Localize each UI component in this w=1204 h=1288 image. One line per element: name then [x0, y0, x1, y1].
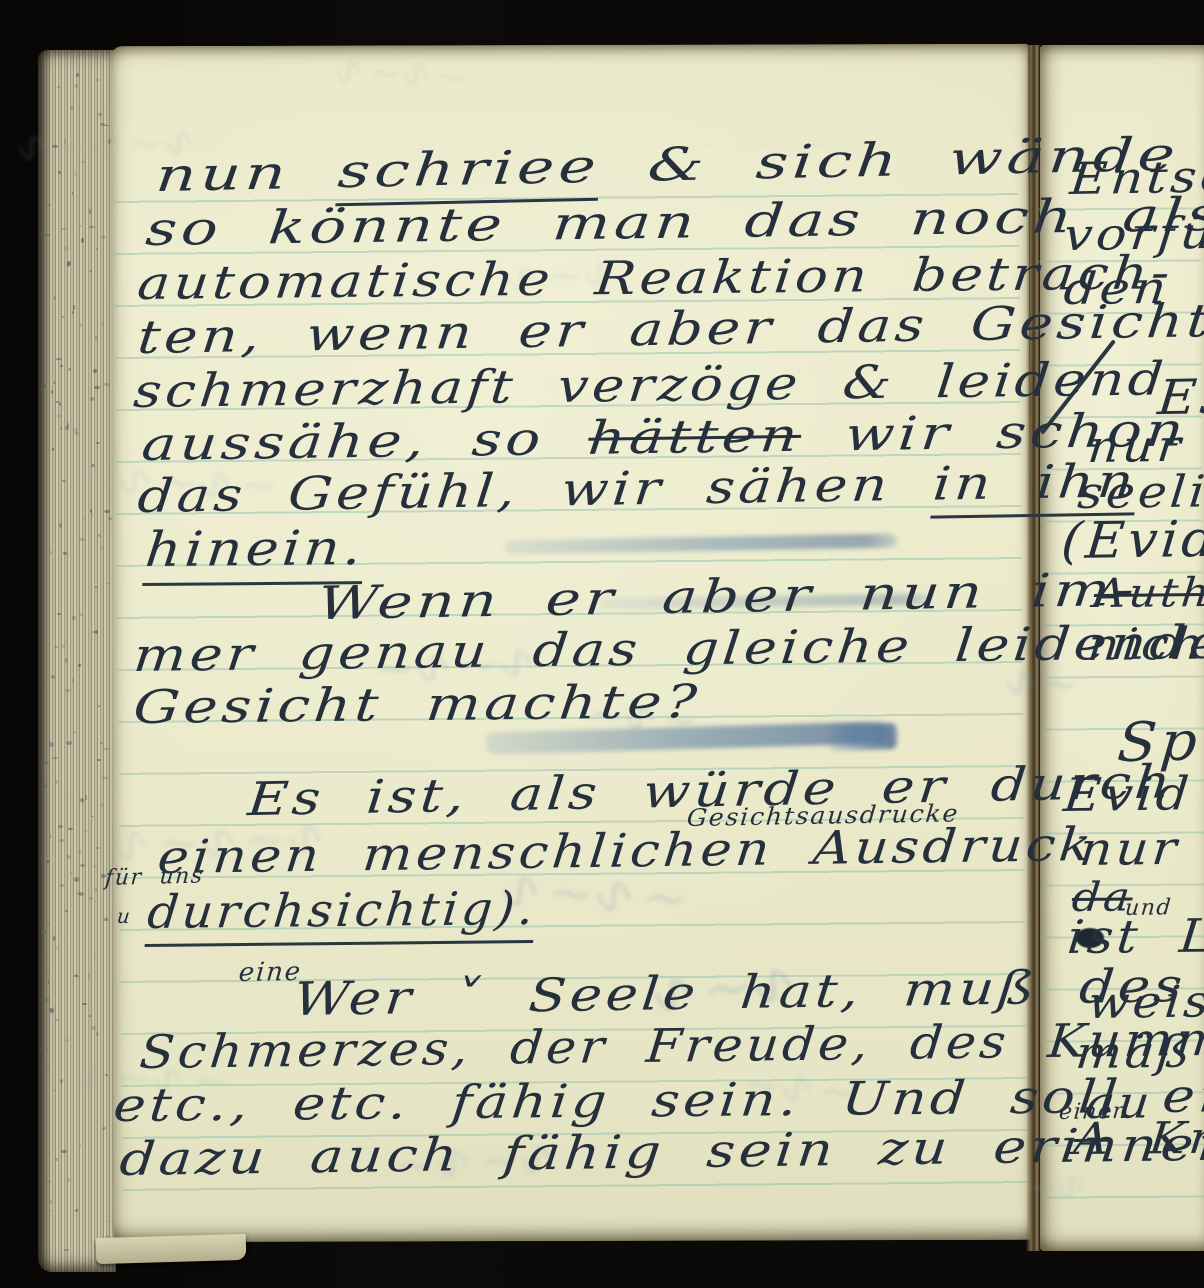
- edge-ink-speck: [47, 974, 49, 976]
- edge-ink-speck: [60, 1079, 63, 1083]
- edge-ink-speck: [57, 414, 61, 418]
- edge-ink-speck: [74, 877, 79, 881]
- edge-ink-speck: [61, 316, 65, 318]
- notebook-scan: ∿∽∿∽∿∽∿∽∿∿∽∿∽∿∽∿∽∿∽∿∽∽∿∽∿∽∿∽∿∽∿∽∿∿∽∿∽∿∽∿…: [0, 0, 1204, 1288]
- edge-ink-speck: [105, 1074, 108, 1076]
- edge-ink-speck: [91, 464, 95, 467]
- edge-ink-speck: [89, 270, 93, 273]
- edge-ink-speck: [44, 785, 47, 788]
- edge-ink-speck: [96, 1032, 98, 1036]
- edge-ink-speck: [66, 794, 68, 796]
- edge-ink-speck: [81, 161, 85, 163]
- edge-ink-speck: [47, 1180, 51, 1183]
- edge-ink-speck: [80, 864, 85, 867]
- edge-ink-speck: [61, 1150, 67, 1153]
- edge-ink-speck: [75, 84, 79, 88]
- edge-ink-speck: [65, 1039, 69, 1042]
- edge-ink-speck: [69, 368, 71, 371]
- edge-ink-speck: [94, 386, 100, 389]
- edge-ink-speck: [97, 759, 101, 761]
- edge-ink-speck: [53, 936, 55, 941]
- edge-ink-speck: [79, 225, 82, 227]
- edge-ink-speck: [102, 777, 107, 780]
- edge-ink-speck: [61, 228, 66, 230]
- edge-ink-speck: [64, 1249, 69, 1251]
- bottom-page-corner: [96, 1234, 247, 1264]
- edge-ink-speck: [89, 226, 95, 228]
- edge-ink-speck: [81, 799, 84, 803]
- page-edge-stack: [38, 50, 116, 1272]
- edge-ink-speck: [72, 616, 76, 620]
- edge-ink-speck: [95, 630, 98, 635]
- edge-ink-speck: [60, 365, 63, 367]
- edge-ink-speck: [65, 910, 68, 912]
- edge-ink-speck: [73, 305, 75, 310]
- edge-ink-speck: [63, 552, 67, 554]
- edge-ink-speck: [98, 705, 100, 707]
- edge-ink-speck: [104, 510, 110, 513]
- edge-ink-speck: [65, 658, 68, 663]
- edge-ink-speck: [54, 646, 59, 648]
- edge-ink-speck: [106, 583, 109, 585]
- edge-ink-speck: [78, 664, 81, 667]
- edge-ink-speck: [101, 874, 106, 878]
- edge-ink-speck: [68, 262, 70, 267]
- notebook-page-left: [110, 44, 1031, 1242]
- edge-ink-speck: [95, 586, 97, 588]
- edge-ink-speck: [58, 473, 60, 475]
- edge-ink-speck: [100, 1206, 102, 1208]
- edge-ink-speck: [94, 953, 97, 955]
- edge-ink-speck: [45, 999, 50, 1001]
- edge-ink-speck: [44, 930, 46, 933]
- edge-ink-speck: [52, 145, 57, 148]
- edge-ink-speck: [52, 448, 54, 450]
- edge-ink-speck: [101, 235, 106, 240]
- edge-ink-speck: [65, 639, 67, 642]
- edge-ink-speck: [59, 839, 64, 842]
- edge-ink-speck: [51, 675, 55, 679]
- edge-ink-speck: [76, 73, 79, 77]
- edge-ink-speck: [47, 1065, 49, 1069]
- edge-ink-speck: [61, 644, 65, 648]
- edge-ink-speck: [73, 428, 77, 433]
- edge-ink-speck: [67, 1178, 70, 1181]
- edge-ink-speck: [45, 958, 48, 962]
- edge-ink-speck: [49, 1008, 54, 1013]
- edge-ink-speck: [82, 517, 84, 519]
- edge-ink-speck: [90, 397, 95, 401]
- edge-ink-speck: [55, 1019, 59, 1021]
- edge-ink-speck: [104, 918, 109, 921]
- edge-ink-speck: [103, 748, 108, 750]
- edge-ink-speck: [58, 825, 63, 828]
- edge-ink-speck: [45, 762, 49, 764]
- edge-ink-speck: [78, 850, 82, 853]
- edge-ink-speck: [89, 1015, 91, 1017]
- edge-ink-speck: [98, 534, 102, 537]
- edge-ink-speck: [89, 1074, 91, 1077]
- edge-ink-speck: [50, 551, 52, 554]
- edge-ink-speck: [48, 979, 50, 984]
- edge-ink-speck: [79, 1144, 81, 1148]
- edge-ink-speck: [68, 828, 73, 830]
- edge-ink-speck: [59, 523, 62, 528]
- edge-ink-speck: [67, 855, 71, 859]
- edge-ink-speck: [45, 807, 47, 812]
- edge-ink-speck: [85, 795, 87, 800]
- edge-ink-speck: [80, 323, 82, 326]
- edge-ink-speck: [63, 937, 65, 939]
- edge-ink-speck: [95, 79, 100, 81]
- edge-ink-speck: [79, 613, 83, 615]
- edge-ink-speck: [79, 538, 85, 541]
- edge-ink-speck: [50, 835, 52, 838]
- edge-ink-speck: [64, 139, 66, 144]
- edge-ink-speck: [43, 385, 46, 388]
- edge-ink-speck: [75, 1209, 78, 1212]
- edge-ink-speck: [52, 757, 58, 759]
- edge-ink-speck: [106, 1221, 108, 1223]
- edge-ink-speck: [50, 1200, 52, 1204]
- edge-ink-speck: [101, 803, 103, 806]
- edge-ink-speck: [50, 1210, 53, 1212]
- edge-ink-speck: [104, 125, 109, 127]
- edge-ink-speck: [96, 248, 98, 250]
- edge-ink-speck: [55, 780, 59, 785]
- edge-ink-speck: [55, 1158, 59, 1161]
- edge-ink-speck: [57, 86, 60, 88]
- edge-ink-speck: [65, 426, 68, 430]
- edge-ink-speck: [91, 513, 93, 518]
- edge-ink-speck: [72, 678, 74, 683]
- edge-ink-speck: [59, 402, 61, 406]
- edge-ink-speck: [74, 975, 80, 977]
- edge-ink-speck: [46, 1047, 49, 1051]
- edge-ink-speck: [56, 946, 59, 950]
- edge-ink-speck: [93, 369, 97, 373]
- edge-ink-speck: [57, 613, 61, 615]
- edge-ink-speck: [89, 209, 91, 213]
- edge-ink-speck: [65, 689, 70, 692]
- edge-ink-speck: [102, 1127, 106, 1130]
- edge-ink-speck: [102, 323, 104, 325]
- edge-ink-speck: [89, 897, 93, 900]
- edge-ink-speck: [83, 830, 88, 833]
- edge-ink-speck: [54, 296, 56, 301]
- edge-ink-speck: [71, 872, 73, 874]
- edge-ink-speck: [82, 1003, 87, 1005]
- edge-ink-speck: [91, 1026, 95, 1030]
- edge-ink-speck: [98, 113, 102, 116]
- edge-ink-speck: [55, 401, 58, 403]
- binding-gutter: [1026, 45, 1040, 1251]
- edge-ink-speck: [85, 190, 87, 195]
- edge-ink-speck: [104, 383, 109, 385]
- edge-ink-speck: [75, 171, 77, 175]
- edge-ink-speck: [100, 742, 102, 744]
- edge-ink-speck: [43, 685, 45, 689]
- edge-ink-speck: [47, 204, 51, 206]
- edge-ink-speck: [96, 847, 100, 849]
- edge-ink-speck: [45, 234, 51, 237]
- edge-ink-speck: [91, 816, 94, 818]
- edge-ink-speck: [59, 884, 65, 886]
- edge-ink-speck: [74, 732, 76, 734]
- edge-ink-speck: [89, 978, 91, 980]
- edge-ink-speck: [72, 311, 74, 314]
- edge-ink-speck: [56, 358, 61, 360]
- edge-ink-speck: [62, 480, 66, 482]
- edge-ink-speck: [49, 742, 54, 746]
- edge-ink-speck: [53, 1089, 57, 1092]
- edge-ink-speck: [51, 390, 53, 394]
- edge-ink-speck: [81, 238, 84, 243]
- edge-ink-speck: [70, 106, 73, 110]
- edge-ink-speck: [58, 171, 61, 175]
- edge-ink-speck: [96, 442, 100, 444]
- edge-ink-speck: [47, 860, 49, 864]
- edge-ink-speck: [88, 973, 90, 978]
- edge-ink-speck: [72, 192, 74, 195]
- edge-ink-speck: [73, 96, 75, 99]
- edge-ink-speck: [100, 546, 103, 549]
- edge-ink-speck: [60, 427, 63, 429]
- edge-ink-speck: [93, 865, 97, 868]
- edge-ink-speck: [42, 773, 44, 775]
- edge-ink-speck: [66, 741, 72, 745]
- edge-ink-speck: [64, 246, 69, 251]
- edge-ink-speck: [46, 922, 50, 925]
- edge-ink-speck: [95, 889, 97, 891]
- edge-ink-speck: [95, 336, 97, 341]
- notebook-page-right: [1040, 45, 1204, 1251]
- edge-ink-speck: [53, 381, 56, 384]
